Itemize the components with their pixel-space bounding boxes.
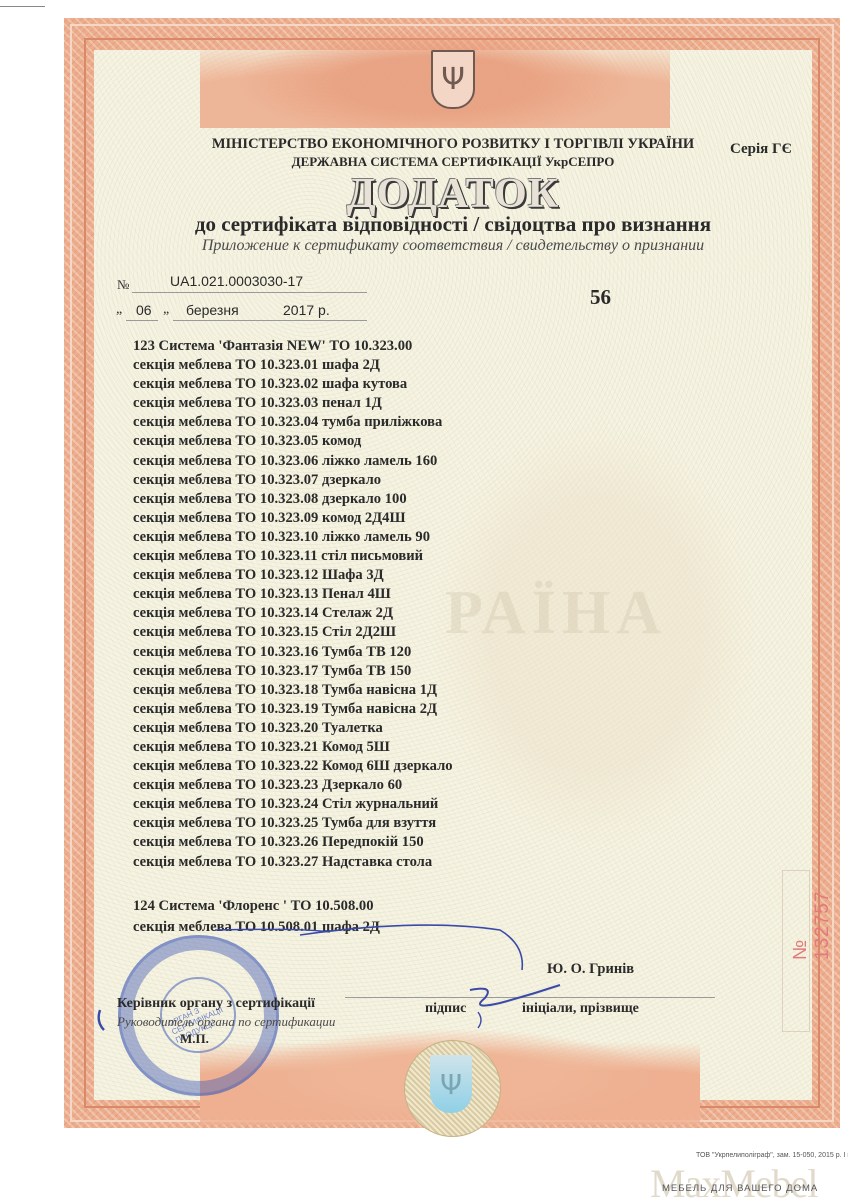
product-list-group-1: 123 Система 'Фантазія NEW' ТО 10.323.00с…	[133, 337, 453, 872]
signer-name: Ю. О. Гринів	[547, 961, 634, 978]
list-item: секція меблева ТО 10.323.16 Тумба ТВ 120	[133, 643, 453, 662]
date-underline	[173, 320, 367, 321]
date-close-quote: „	[163, 302, 169, 318]
list-item: секція меблева ТО 10.323.23 Дзеркало 60	[133, 776, 453, 795]
seal-label: М.П.	[180, 1031, 209, 1047]
signature-line	[345, 997, 715, 998]
list-item: секція меблева ТО 10.323.15 Стіл 2Д2Ш	[133, 623, 453, 642]
page-number: 56	[590, 285, 611, 310]
list-item: секція меблева ТО 10.323.18 Тумба навісн…	[133, 681, 453, 700]
list-item: секція меблева ТО 10.323.27 Надставка ст…	[133, 853, 453, 872]
list-item: секція меблева ТО 10.323.19 Тумба навісн…	[133, 700, 453, 719]
list-item: секція меблева ТО 10.323.10 ліжко ламель…	[133, 528, 453, 547]
document-subtitle-ru: Приложение к сертификату соответствия / …	[0, 237, 848, 255]
list-item: секція меблева ТО 10.508.01 шафа 2Д	[133, 917, 380, 938]
printer-imprint: ТОВ "Укрпелиполіграф", зам. 15-050, 2015…	[696, 1152, 848, 1159]
list-item: 123 Система 'Фантазія NEW' ТО 10.323.00	[133, 337, 453, 356]
list-item: секція меблева ТО 10.323.05 комод	[133, 432, 453, 451]
list-item: секція меблева ТО 10.323.07 дзеркало	[133, 471, 453, 490]
serial-number: № 132757	[790, 891, 834, 960]
list-item: 124 Система 'Флоренс ' ТО 10.508.00	[133, 896, 380, 917]
list-item: секція меблева ТО 10.323.22 Комод 6Ш дзе…	[133, 757, 453, 776]
list-item: секція меблева ТО 10.323.12 Шафа 3Д	[133, 566, 453, 585]
head-of-body-label-ru: Руководитель органа по сертификации	[117, 1014, 335, 1030]
date-day: 06	[136, 302, 152, 318]
certificate-number: UA1.021.0003030-17	[170, 273, 303, 289]
document-title: ДОДАТОК	[0, 170, 848, 218]
watermark-word: РАЇНА	[445, 578, 667, 649]
list-item: секція меблева ТО 10.323.26 Передпокій 1…	[133, 833, 453, 852]
product-list-group-2: 124 Система 'Флоренс ' ТО 10.508.00 секц…	[133, 896, 380, 938]
name-caption: ініціали, прізвище	[522, 1001, 639, 1017]
document-subtitle: до сертифіката відповідності / свідоцтва…	[0, 212, 848, 237]
trident-icon: Ψ	[430, 1055, 472, 1113]
list-item: секція меблева ТО 10.323.01 шафа 2Д	[133, 356, 453, 375]
list-item: секція меблева ТО 10.323.04 тумба приліж…	[133, 413, 453, 432]
head-of-body-label: Керівник органу з сертифікації	[117, 996, 315, 1012]
list-item: секція меблева ТО 10.323.11 стіл письмов…	[133, 547, 453, 566]
list-item: секція меблева ТО 10.323.03 пенал 1Д	[133, 394, 453, 413]
day-underline	[126, 320, 158, 321]
list-item: секція меблева ТО 10.323.24 Стіл журналь…	[133, 795, 453, 814]
system-heading: ДЕРЖАВНА СИСТЕМА СЕРТИФІКАЦІЇ УкрСЕПРО	[0, 154, 848, 170]
list-item: секція меблева ТО 10.323.17 Тумба ТВ 150	[133, 662, 453, 681]
list-item: секція меблева ТО 10.323.02 шафа кутова	[133, 375, 453, 394]
number-underline	[132, 292, 367, 293]
date-month: березня	[186, 302, 239, 318]
brand-watermark: MaxMebel	[650, 1160, 818, 1200]
page-edge	[0, 0, 45, 7]
list-item: секція меблева ТО 10.323.20 Туалетка	[133, 719, 453, 738]
series-label: Серія ГЄ	[730, 141, 792, 158]
list-item: секція меблева ТО 10.323.13 Пенал 4Ш	[133, 585, 453, 604]
date-year: 2017 р.	[283, 302, 330, 318]
list-item: секція меблева ТО 10.323.25 Тумба для вз…	[133, 814, 453, 833]
brand-tagline: МЕБЕЛЬ ДЛЯ ВАШЕГО ДОМА	[662, 1183, 818, 1194]
signature-caption: підпис	[425, 1001, 466, 1017]
list-item: секція меблева ТО 10.323.08 дзеркало 100	[133, 490, 453, 509]
list-item: секція меблева ТО 10.323.21 Комод 5Ш	[133, 738, 453, 757]
trident-icon: Ψ	[431, 50, 475, 109]
ministry-heading: МІНІСТЕРСТВО ЕКОНОМІЧНОГО РОЗВИТКУ І ТОР…	[0, 136, 848, 153]
number-label: №	[117, 277, 129, 293]
list-item: секція меблева ТО 10.323.14 Стелаж 2Д	[133, 604, 453, 623]
date-open-quote: „	[116, 302, 122, 318]
list-item: секція меблева ТО 10.323.06 ліжко ламель…	[133, 452, 453, 471]
list-item: секція меблева ТО 10.323.09 комод 2Д4Ш	[133, 509, 453, 528]
